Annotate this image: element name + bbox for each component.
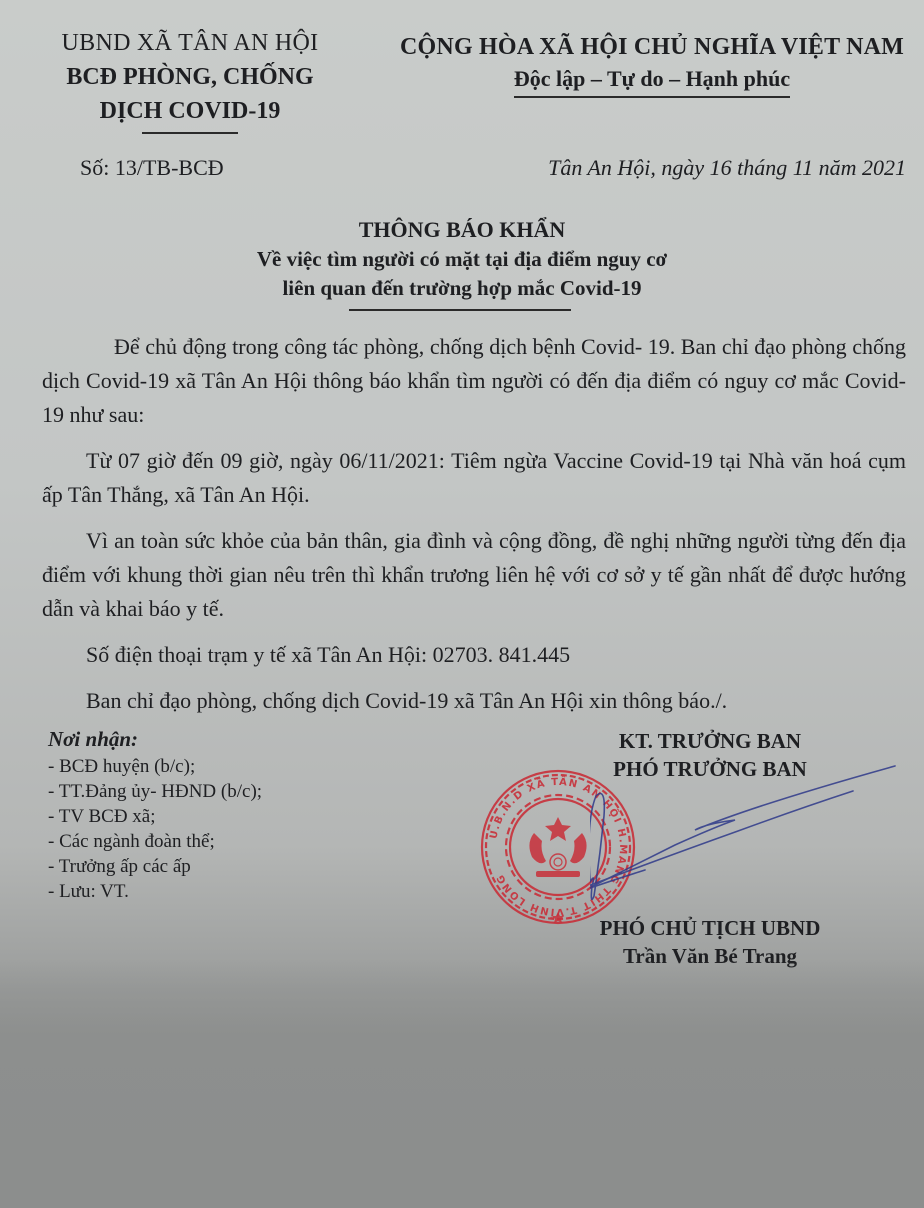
recipient-item: - TV BCĐ xã; bbox=[48, 804, 262, 829]
place-and-date: Tân An Hội, ngày 16 tháng 11 năm 2021 bbox=[548, 155, 906, 181]
signatory-title-line-1: KT. TRƯỞNG BAN bbox=[560, 727, 860, 755]
recipients-heading: Nơi nhận: bbox=[48, 727, 262, 752]
document-number: Số: 13/TB-BCĐ bbox=[80, 155, 224, 181]
issuing-authority-header: UBND XÃ TÂN AN HỘI BCĐ PHÒNG, CHỐNG DỊCH… bbox=[40, 26, 340, 134]
body-paragraph-intro: Để chủ động trong công tác phòng, chống … bbox=[42, 330, 906, 432]
recipient-item: - Lưu: VT. bbox=[48, 879, 262, 904]
recipient-item: - Các ngành đoàn thể; bbox=[48, 829, 262, 854]
country-name: CỘNG HÒA XÃ HỘI CHỦ NGHĨA VIỆT NAM bbox=[380, 30, 924, 64]
notice-subject-line-1: Về việc tìm người có mặt tại địa điểm ng… bbox=[0, 245, 924, 274]
handwritten-signature bbox=[590, 760, 920, 910]
authority-underline bbox=[142, 132, 238, 134]
recipient-item: - Trưởng ấp các ấp bbox=[48, 854, 262, 879]
authority-line-1: UBND XÃ TÂN AN HỘI bbox=[40, 26, 340, 60]
recipients-list: Nơi nhận: - BCĐ huyện (b/c); - TT.Đảng ủ… bbox=[48, 727, 262, 904]
authority-line-3: DỊCH COVID-19 bbox=[40, 94, 340, 128]
photo-shadow-area bbox=[0, 960, 924, 1208]
authority-line-2: BCĐ PHÒNG, CHỐNG bbox=[40, 60, 340, 94]
notice-title: THÔNG BÁO KHẨN bbox=[0, 215, 924, 245]
body-paragraph-request: Vì an toàn sức khỏe của bản thân, gia đì… bbox=[42, 524, 906, 626]
body-paragraph-phone: Số điện thoại trạm y tế xã Tân An Hội: 0… bbox=[42, 638, 906, 672]
title-underline bbox=[349, 309, 571, 311]
signatory-position: PHÓ CHỦ TỊCH UBND bbox=[560, 914, 860, 942]
body-paragraph-closing: Ban chỉ đạo phòng, chống dịch Covid-19 x… bbox=[42, 684, 906, 718]
body-paragraph-event: Từ 07 giờ đến 09 giờ, ngày 06/11/2021: T… bbox=[42, 444, 906, 512]
national-motto-header: CỘNG HÒA XÃ HỘI CHỦ NGHĨA VIỆT NAM Độc l… bbox=[380, 30, 924, 98]
notice-title-block: THÔNG BÁO KHẨN Về việc tìm người có mặt … bbox=[0, 215, 924, 311]
notice-subject-line-2: liên quan đến trường hợp mắc Covid-19 bbox=[0, 274, 924, 303]
national-motto: Độc lập – Tự do – Hạnh phúc bbox=[514, 64, 790, 98]
recipient-item: - TT.Đảng ủy- HĐND (b/c); bbox=[48, 779, 262, 804]
recipient-item: - BCĐ huyện (b/c); bbox=[48, 754, 262, 779]
document-page: UBND XÃ TÂN AN HỘI BCĐ PHÒNG, CHỐNG DỊCH… bbox=[0, 0, 924, 1208]
notice-body: Để chủ động trong công tác phòng, chống … bbox=[42, 330, 906, 730]
